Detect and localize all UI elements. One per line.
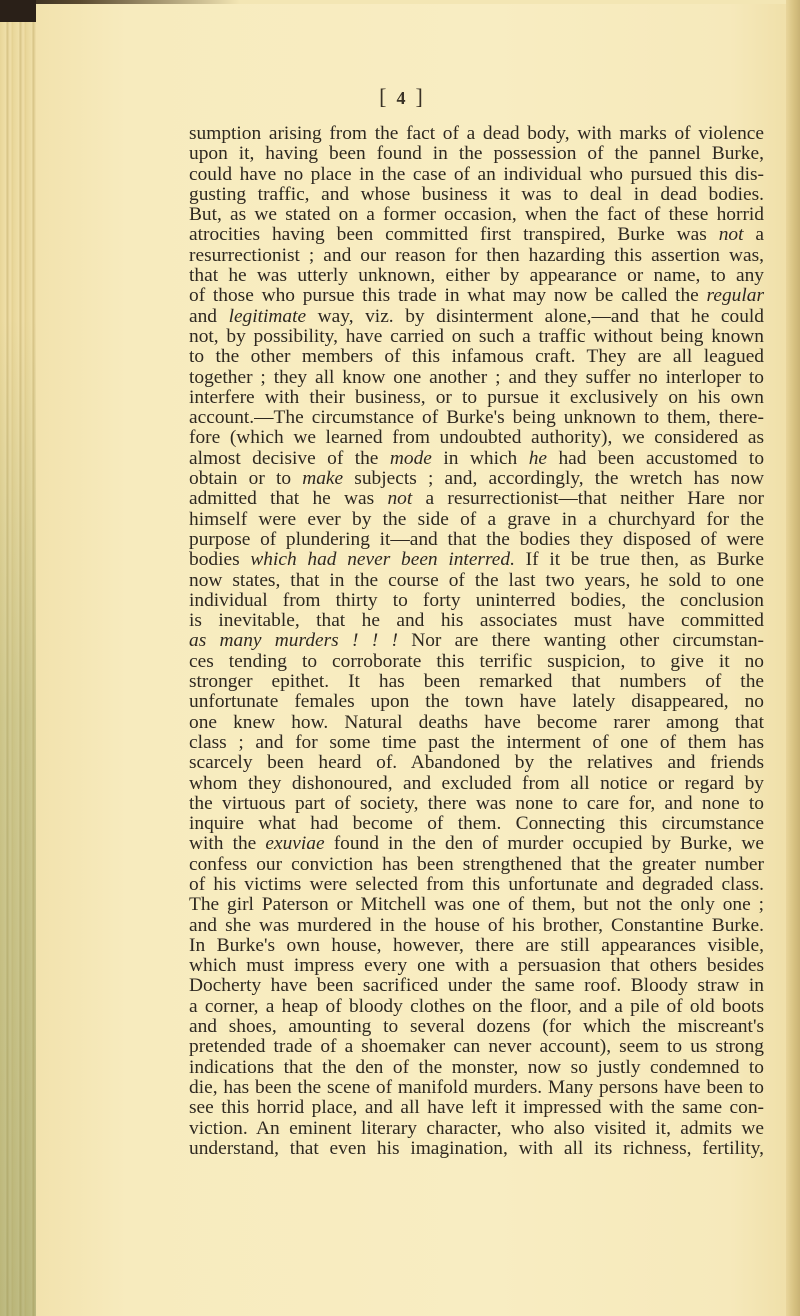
text-segment: almost decisive of the (189, 448, 390, 469)
text-line: interfere with their business, or to pur… (189, 388, 764, 408)
text-segment: understand, that even his imagination, w… (189, 1138, 764, 1159)
text-segment: atrocities having been committed first t… (189, 224, 719, 245)
text-line: whom they dishonoured, and excluded from… (189, 774, 764, 794)
text-line: and she was murdered in the house of his… (189, 916, 764, 936)
text-line: unfortunate females upon the town have l… (189, 692, 764, 712)
italic-text: which had never been interred. (250, 549, 515, 570)
text-line: now states, that in the course of the la… (189, 571, 764, 591)
italic-text: exuviae (265, 833, 324, 854)
text-segment: had been accustomed to (547, 448, 764, 469)
text-segment: a (743, 224, 764, 245)
text-segment: individual from thirty to forty uninterr… (189, 590, 764, 611)
italic-text: mode (390, 448, 432, 469)
italic-text: he (529, 448, 547, 469)
text-line: purpose of plundering it—and that the bo… (189, 530, 764, 550)
text-segment: But, as we stated on a former occasion, … (189, 204, 764, 225)
text-segment: found in the den of murder occupied by B… (325, 833, 764, 854)
text-line: sumption arising from the fact of a dead… (189, 124, 764, 144)
text-segment: purpose of plundering it—and that the bo… (189, 529, 764, 550)
text-segment: die, has been the scene of manifold murd… (189, 1077, 764, 1098)
text-segment: of his victims were selected from this u… (189, 874, 764, 895)
text-line: viction. An eminent literary character, … (189, 1119, 764, 1139)
text-segment: himself were ever by the side of a grave… (189, 509, 764, 530)
text-segment: a corner, a heap of bloody clothes on th… (189, 996, 764, 1017)
text-segment: obtain or to (189, 468, 302, 489)
text-segment: fore (which we learned from undoubted au… (189, 427, 764, 448)
text-segment: The girl Paterson or Mitchell was one of… (189, 894, 764, 915)
text-segment: together ; they all know one another ; a… (189, 367, 764, 388)
text-segment: and (189, 306, 229, 327)
text-line: ces tending to corroborate this terrific… (189, 652, 764, 672)
text-segment: scarcely been heard of. Abandoned by the… (189, 752, 764, 773)
text-segment: inquire what had become of them. Connect… (189, 813, 764, 834)
text-segment: way, viz. by disinterment alone,—and tha… (306, 306, 764, 327)
text-line: obtain or to make subjects ; and, accord… (189, 469, 764, 489)
text-segment: of those who pursue this trade in what m… (189, 285, 707, 306)
text-segment: class ; and for some time past the inter… (189, 732, 764, 753)
text-segment: to the other members of this infamous cr… (189, 346, 764, 367)
text-segment: interfere with their business, or to pur… (189, 387, 764, 408)
text-segment: which must impress every one with a pers… (189, 955, 764, 976)
stacked-page-edges-left (0, 18, 36, 1316)
text-segment: the virtuous part of society, there was … (189, 793, 764, 814)
text-line: together ; they all know one another ; a… (189, 368, 764, 388)
text-line: a corner, a heap of bloody clothes on th… (189, 997, 764, 1017)
text-segment: resurrectionist ; and our reason for the… (189, 245, 764, 266)
text-line: to the other members of this infamous cr… (189, 347, 764, 367)
text-line: indications that the den of the monster,… (189, 1058, 764, 1078)
text-segment: unfortunate females upon the town have l… (189, 691, 764, 712)
text-line: not, by possibility, have carried on suc… (189, 327, 764, 347)
text-segment: If it be true then, as Burke (515, 549, 764, 570)
text-segment: subjects ; and, accordingly, the wretch … (343, 468, 764, 489)
italic-text: not (719, 224, 744, 245)
page-number-value: 4 (397, 88, 408, 108)
text-line: class ; and for some time past the inter… (189, 733, 764, 753)
text-line: the virtuous part of society, there was … (189, 794, 764, 814)
italic-text: make (302, 468, 343, 489)
text-segment: stronger epithet. It has been remarked t… (189, 671, 764, 692)
text-segment: whom they dishonoured, and excluded from… (189, 773, 764, 794)
text-line: stronger epithet. It has been remarked t… (189, 672, 764, 692)
italic-text: legitimate (229, 306, 307, 327)
text-line: could have no place in the case of an in… (189, 165, 764, 185)
text-line: The girl Paterson or Mitchell was one of… (189, 895, 764, 915)
text-segment: In Burke's own house, however, there are… (189, 935, 764, 956)
text-segment: bodies (189, 549, 250, 570)
page-edge-right (786, 0, 800, 1316)
page-number: [4] (352, 84, 452, 110)
text-segment: see this horrid place, and all have left… (189, 1097, 764, 1118)
text-segment: that he was utterly unknown, either by a… (189, 265, 764, 286)
show-through-text (200, 1192, 760, 1216)
text-segment: a resurrectionist—that neither Hare nor (412, 488, 764, 509)
text-segment: with the (189, 833, 265, 854)
text-line: with the exuviae found in the den of mur… (189, 834, 764, 854)
text-segment: sumption arising from the fact of a dead… (189, 123, 764, 144)
text-segment: in which (432, 448, 529, 469)
text-line: gusting traffic, and whose business it w… (189, 185, 764, 205)
bracket-open: [ (379, 84, 388, 109)
binding-shadow (0, 0, 36, 22)
text-segment: confess our conviction has been strength… (189, 854, 764, 875)
text-segment: pretended trade of a shoemaker can never… (189, 1036, 764, 1057)
text-line: bodies which had never been interred. If… (189, 550, 764, 570)
text-segment: now states, that in the course of the la… (189, 570, 764, 591)
text-line: understand, that even his imagination, w… (189, 1139, 764, 1159)
text-segment: could have no place in the case of an in… (189, 164, 764, 185)
text-segment: and shoes, amounting to several dozens (… (189, 1016, 764, 1037)
text-line: himself were ever by the side of a grave… (189, 510, 764, 530)
text-line: resurrectionist ; and our reason for the… (189, 246, 764, 266)
text-segment: not, by possibility, have carried on suc… (189, 326, 764, 347)
text-line: scarcely been heard of. Abandoned by the… (189, 753, 764, 773)
text-line: and shoes, amounting to several dozens (… (189, 1017, 764, 1037)
text-line: and legitimate way, viz. by disinterment… (189, 307, 764, 327)
text-line: In Burke's own house, however, there are… (189, 936, 764, 956)
text-segment: viction. An eminent literary character, … (189, 1118, 764, 1139)
text-segment: is inevitable, that he and his associate… (189, 610, 764, 631)
text-line: atrocities having been committed first t… (189, 225, 764, 245)
text-segment: indications that the den of the monster,… (189, 1057, 764, 1078)
italic-text: not (387, 488, 412, 509)
bracket-close: ] (416, 84, 425, 109)
text-segment: account.—The circumstance of Burke's bei… (189, 407, 764, 428)
text-line: almost decisive of the mode in which he … (189, 449, 764, 469)
text-line: is inevitable, that he and his associate… (189, 611, 764, 631)
text-line: one knew how. Natural deaths have become… (189, 713, 764, 733)
text-line: admitted that he was not a resurrectioni… (189, 489, 764, 509)
text-segment: Docherty have been sacrificed under the … (189, 975, 764, 996)
text-segment: gusting traffic, and whose business it w… (189, 184, 764, 205)
text-line: Docherty have been sacrificed under the … (189, 976, 764, 996)
text-line: see this horrid place, and all have left… (189, 1098, 764, 1118)
text-line: of his victims were selected from this u… (189, 875, 764, 895)
text-line: that he was utterly unknown, either by a… (189, 266, 764, 286)
text-line: of those who pursue this trade in what m… (189, 286, 764, 306)
italic-text: regular (707, 285, 764, 306)
text-segment: and she was murdered in the house of his… (189, 915, 764, 936)
text-segment: one knew how. Natural deaths have become… (189, 712, 764, 733)
text-line: confess our conviction has been strength… (189, 855, 764, 875)
text-line: account.—The circumstance of Burke's bei… (189, 408, 764, 428)
text-line: upon it, having been found in the posses… (189, 144, 764, 164)
text-segment: upon it, having been found in the posses… (189, 143, 764, 164)
text-line: individual from thirty to forty uninterr… (189, 591, 764, 611)
text-segment: ces tending to corroborate this terrific… (189, 651, 764, 672)
text-line: as many murders ! ! ! Nor are there want… (189, 631, 764, 651)
body-text: sumption arising from the fact of a dead… (189, 124, 764, 1159)
text-segment: Nor are there wanting other circumstan- (398, 630, 764, 651)
text-line: But, as we stated on a former occasion, … (189, 205, 764, 225)
italic-text: as many murders ! ! ! (189, 630, 398, 651)
text-line: pretended trade of a shoemaker can never… (189, 1037, 764, 1057)
text-line: die, has been the scene of manifold murd… (189, 1078, 764, 1098)
text-segment: admitted that he was (189, 488, 387, 509)
text-line: inquire what had become of them. Connect… (189, 814, 764, 834)
text-line: fore (which we learned from undoubted au… (189, 428, 764, 448)
text-line: which must impress every one with a pers… (189, 956, 764, 976)
